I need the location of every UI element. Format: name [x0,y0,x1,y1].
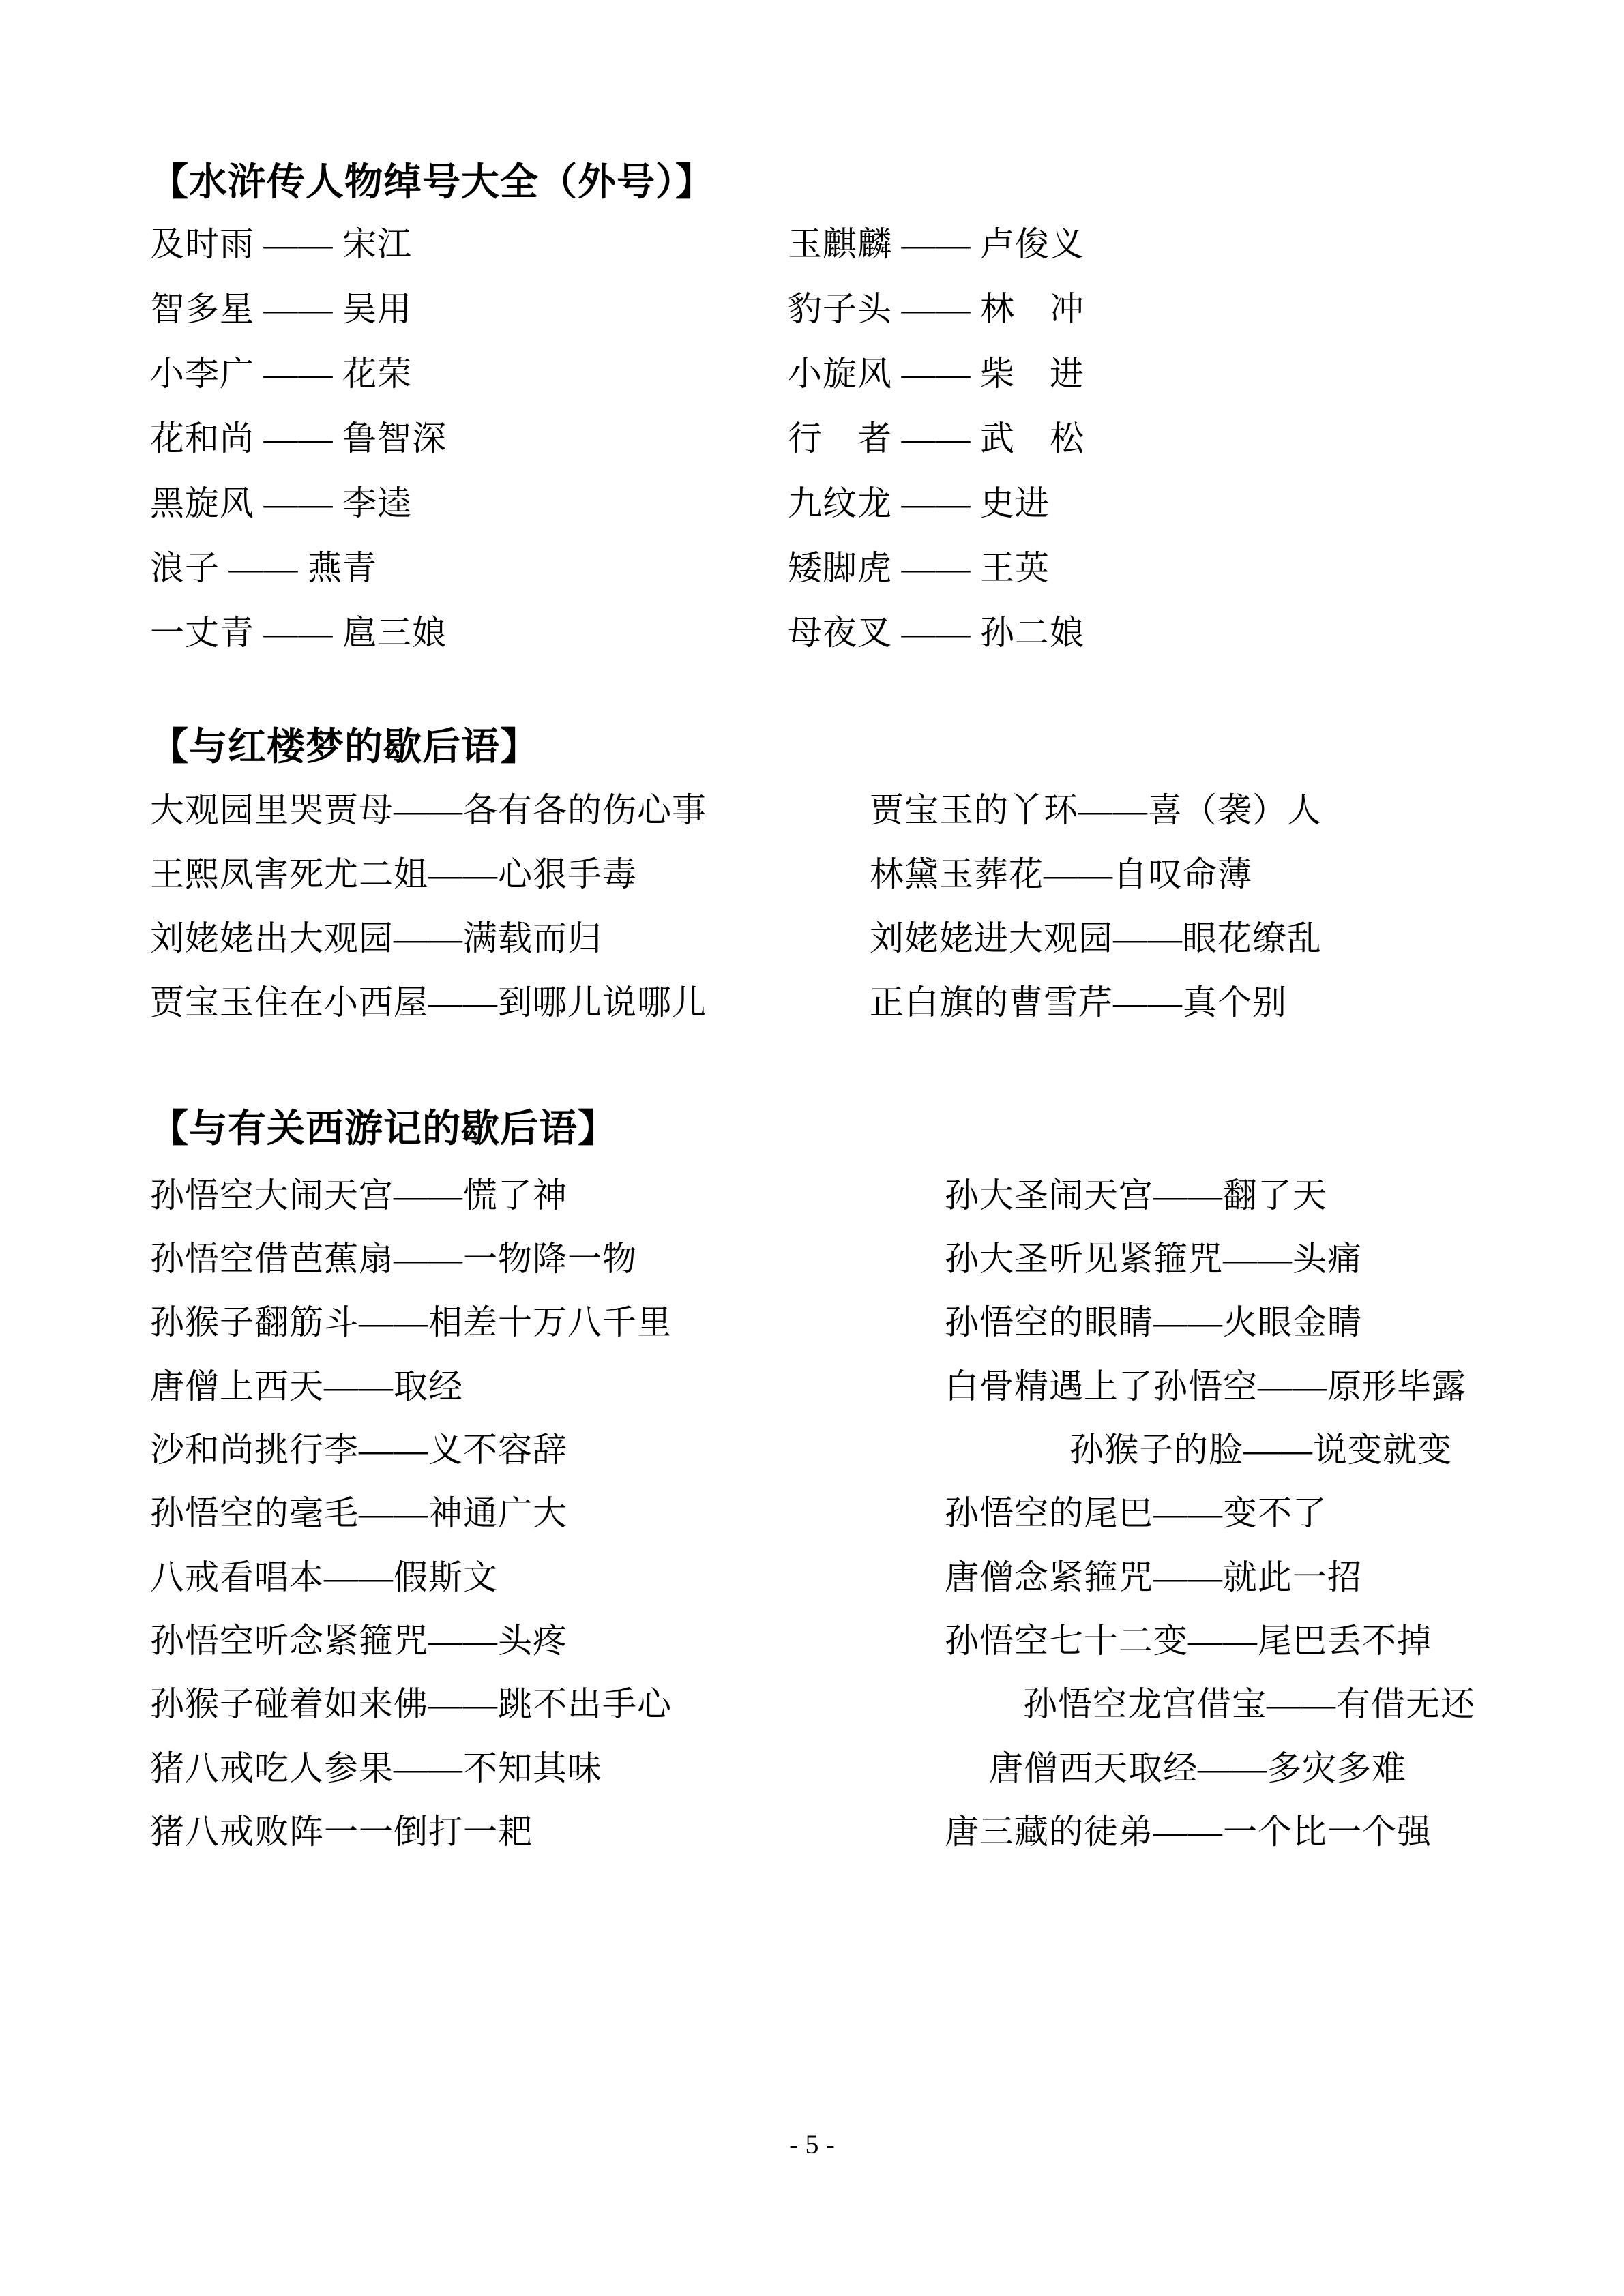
xiehouyu-line: 唐僧念紧箍咒——就此一招 [945,1558,1362,1598]
xiehouyu-line: 贾宝玉的丫环——喜（袭）人 [870,791,1322,831]
xiehouyu-line: 正白旗的曹雪芹——真个别 [870,983,1287,1023]
xiehouyu-line: 猪八戒吃人参果——不知其味 [150,1749,602,1789]
xiehouyu-line: 贾宝玉住在小西屋——到哪儿说哪儿 [150,983,707,1023]
nickname-line: 小李广 —— 花荣 [150,355,412,394]
section-title-xiyouji: 【与有关西游记的歇后语】 [150,1109,617,1151]
nickname-line: 小旋风 —— 柴 进 [788,355,1084,394]
nickname-line: 浪子 —— 燕青 [150,549,377,588]
xiehouyu-line: 唐僧上西天——取经 [150,1367,463,1407]
nickname-line: 玉麒麟 —— 卢俊义 [788,225,1084,265]
xiehouyu-line: 唐三藏的徒弟——一个比一个强 [945,1813,1432,1852]
xiehouyu-line: 林黛玉葬花——自叹命薄 [870,855,1252,895]
xiehouyu-line: 猪八戒败阵一一倒打一耙 [150,1813,533,1852]
xiehouyu-line: 孙大圣闹天宫——翻了天 [945,1176,1327,1216]
page-number: - 5 - [0,2131,1624,2158]
xiehouyu-line: 大观园里哭贾母——各有各的伤心事 [150,791,707,831]
document-page: 【水浒传人物绰号大全（外号）】 及时雨 —— 宋江 智多星 —— 吴用 小李广 … [0,0,1624,2296]
xiehouyu-line: 沙和尚挑行李——义不容辞 [150,1431,567,1470]
nickname-line: 矮脚虎 —— 王英 [788,549,1050,588]
xiehouyu-line: 孙大圣听见紧箍咒——头痛 [945,1240,1362,1279]
xiehouyu-line: 孙悟空的尾巴——变不了 [945,1494,1327,1534]
xiehouyu-line: 孙猴子翻筋斗——相差十万八千里 [150,1303,672,1343]
xiehouyu-line: 刘姥姥出大观园——满载而归 [150,919,602,959]
xiehouyu-line: 唐僧西天取经——多灾多难 [989,1749,1406,1789]
xiehouyu-line: 王熙凤害死尤二姐——心狠手毒 [150,855,637,895]
nickname-line: 及时雨 —— 宋江 [150,225,412,265]
nickname-line: 母夜叉 —— 孙二娘 [788,614,1084,653]
xiehouyu-line: 孙悟空借芭蕉扇——一物降一物 [150,1240,637,1279]
nickname-line: 黑旋风 —— 李逵 [150,484,412,524]
xiehouyu-line: 孙悟空的毫毛——神通广大 [150,1494,567,1534]
nickname-line: 豹子头 —— 林 冲 [788,290,1084,329]
xiehouyu-line: 八戒看唱本——假斯文 [150,1558,498,1598]
nickname-line: 智多星 —— 吴用 [150,290,412,329]
section-title-hongloumeng: 【与红楼梦的歇后语】 [150,727,539,769]
section-title-shuihu: 【水浒传人物绰号大全（外号）】 [150,162,714,205]
nickname-line: 花和尚 —— 鲁智深 [150,419,447,459]
xiehouyu-line: 孙猴子的脸——说变就变 [1069,1431,1452,1470]
xiehouyu-line: 刘姥姥进大观园——眼花缭乱 [870,919,1322,959]
xiehouyu-line: 孙悟空龙宫借宝——有借无还 [1023,1685,1475,1725]
xiehouyu-line: 白骨精遇上了孙悟空——原形毕露 [945,1367,1466,1407]
xiehouyu-line: 孙悟空七十二变——尾巴丢不掉 [945,1622,1432,1661]
xiehouyu-line: 孙悟空的眼睛——火眼金睛 [945,1303,1362,1343]
nickname-line: 一丈青 —— 扈三娘 [150,614,447,653]
xiehouyu-line: 孙悟空大闹天宫——慌了神 [150,1176,567,1216]
nickname-line: 九纹龙 —— 史进 [788,484,1050,524]
xiehouyu-line: 孙猴子碰着如来佛——跳不出手心 [150,1685,672,1725]
nickname-line: 行 者 —— 武 松 [788,419,1084,459]
xiehouyu-line: 孙悟空听念紧箍咒——头疼 [150,1622,567,1661]
